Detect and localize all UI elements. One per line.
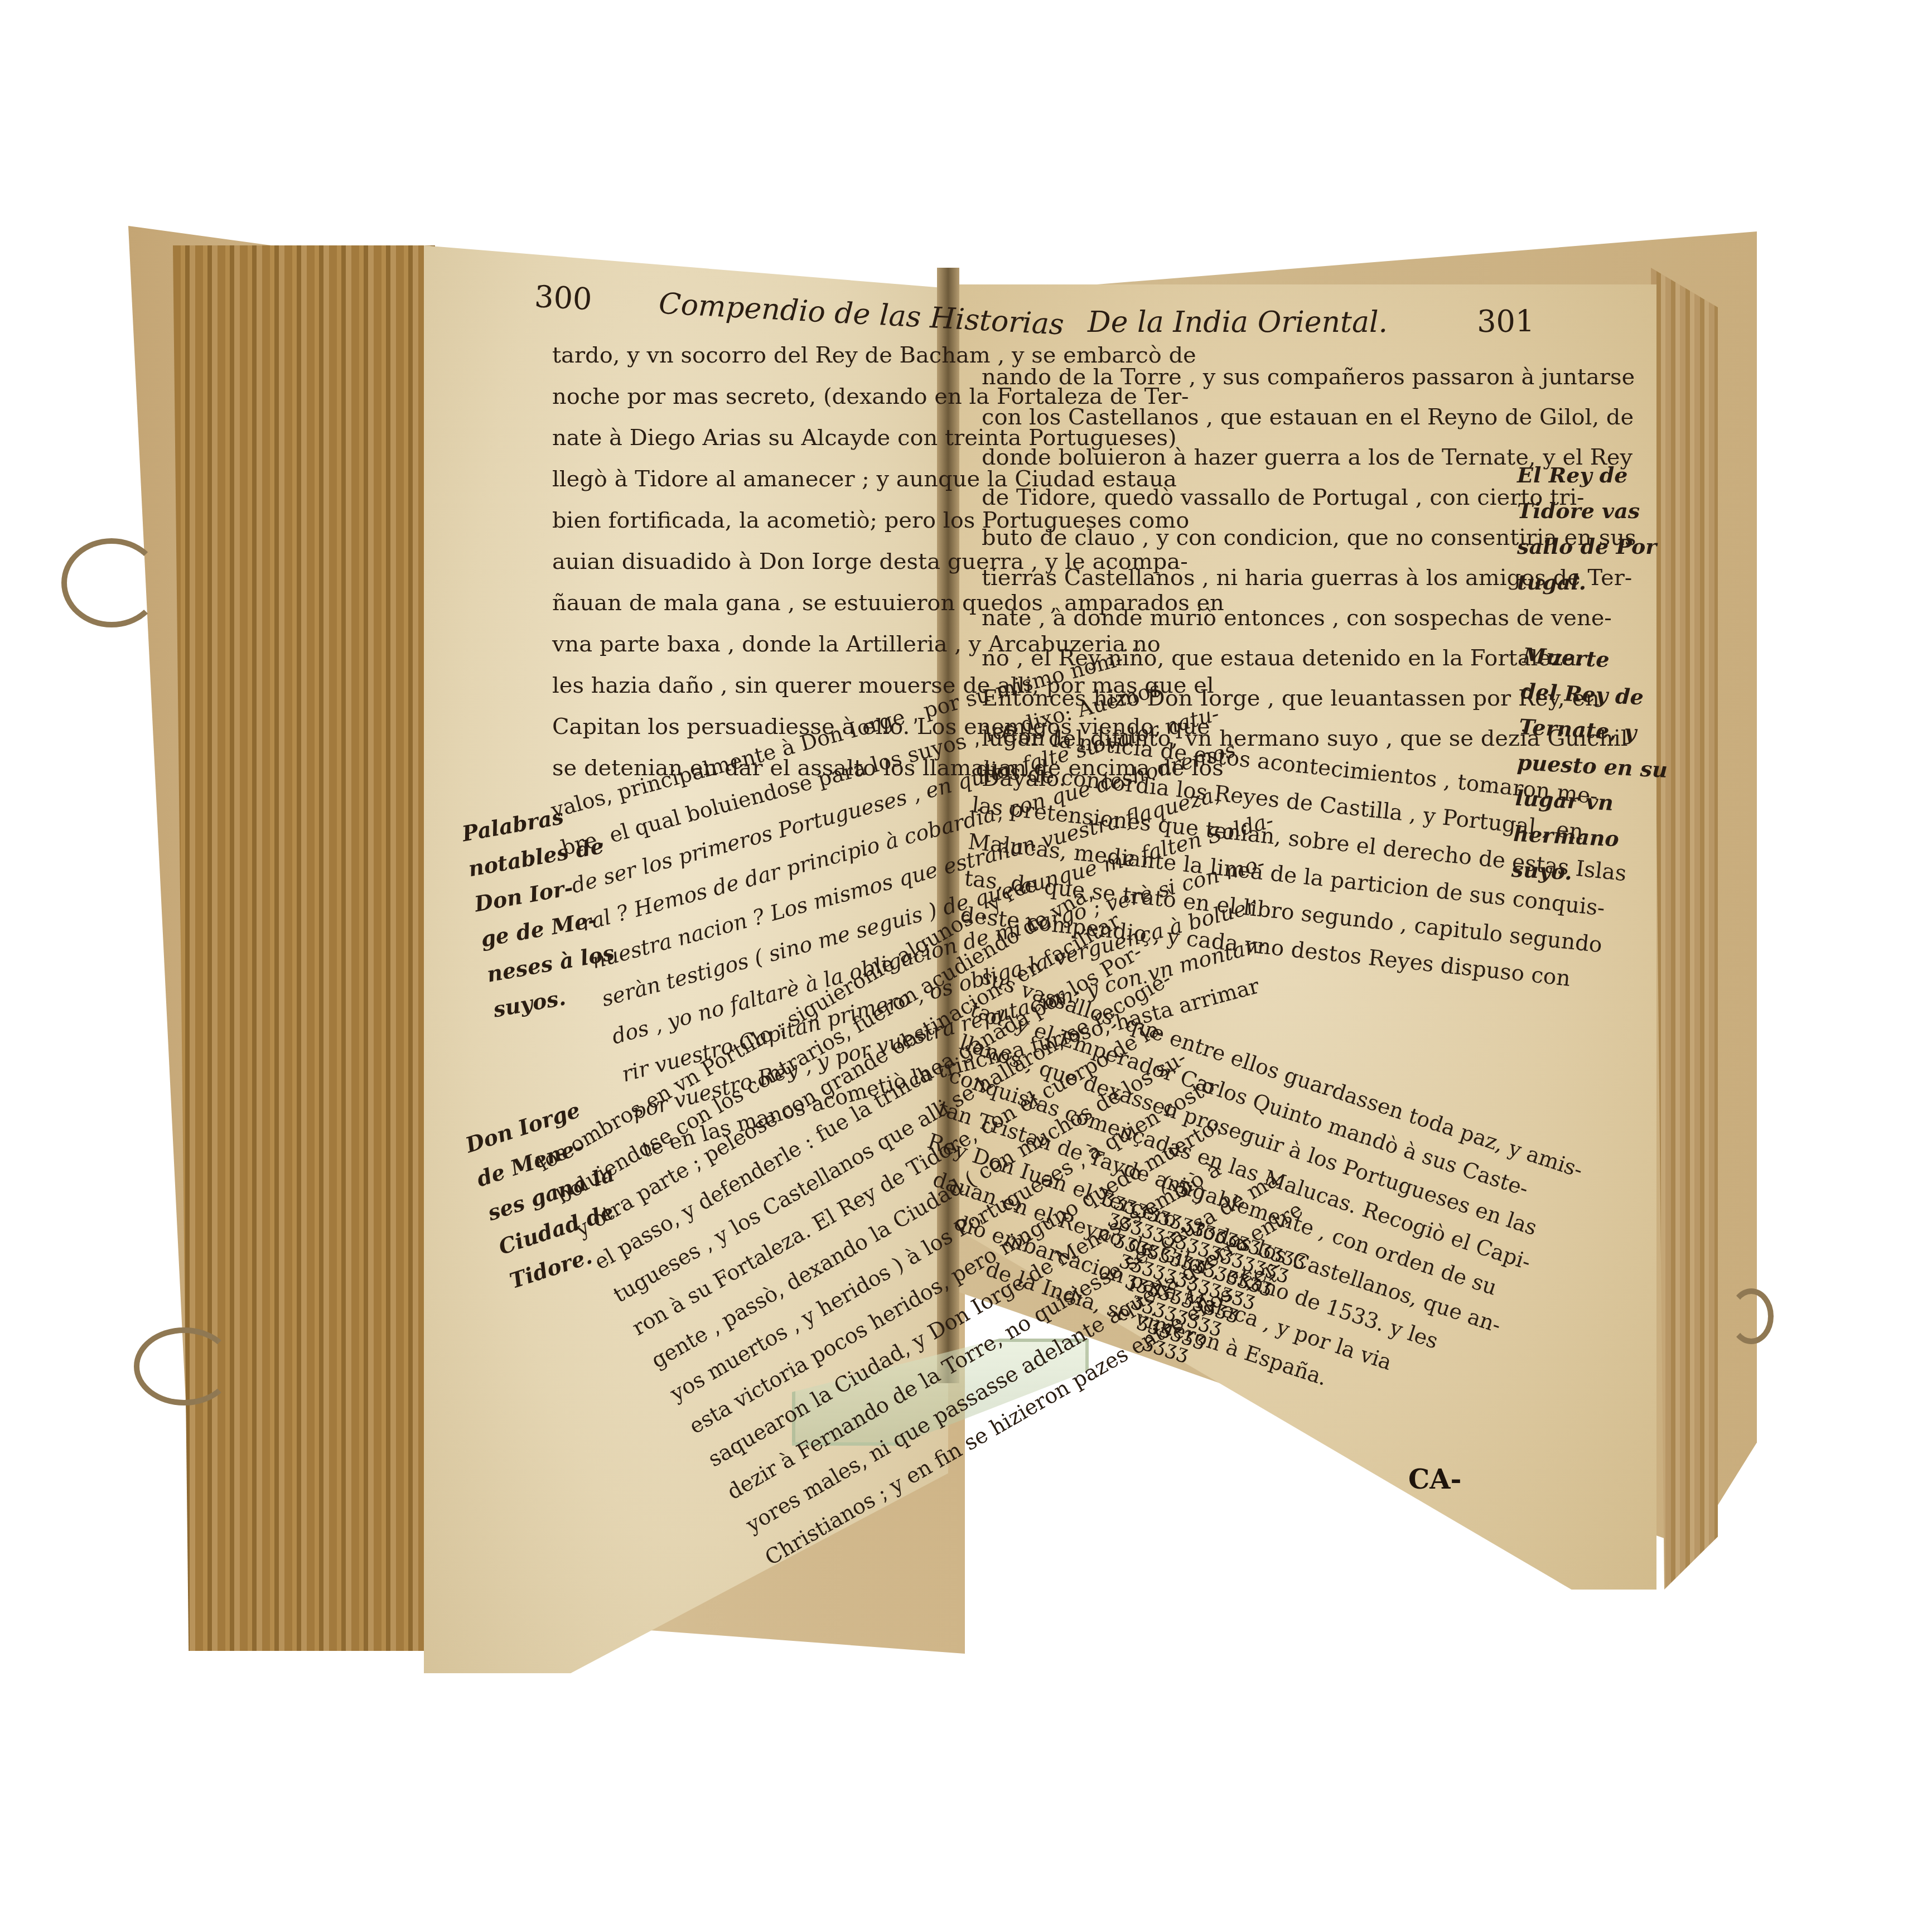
book-photo: 300 Compendio de las Historias tardo, y … bbox=[0, 0, 1932, 1932]
margin-note-right-1: El Rey de Tidore vas sallo de Por tugal. bbox=[1517, 457, 1656, 600]
tie-cord-icon bbox=[61, 538, 162, 627]
running-head-right: De la India Oriental. bbox=[1088, 306, 1388, 339]
page-number-right: 301 bbox=[1477, 304, 1534, 339]
catchword: CA- bbox=[1408, 1464, 1461, 1495]
margin-note-line: sallo de Por bbox=[1517, 529, 1656, 564]
text-line: con los Castellanos , que estauan en el … bbox=[982, 397, 1636, 437]
right-header: De la India Oriental. 301 bbox=[1088, 304, 1534, 339]
tie-cord-icon bbox=[1729, 1288, 1774, 1344]
margin-note-right-2: Muerte del Rey de Ternate, y puesto en s… bbox=[1510, 637, 1674, 895]
margin-note-line: El Rey de bbox=[1517, 457, 1656, 493]
tie-cord-icon bbox=[134, 1327, 234, 1405]
margin-note-line: tugal. bbox=[1517, 564, 1656, 600]
fore-edge-left bbox=[173, 245, 435, 1651]
text-line: nate , à donde muriò entonces , con sosp… bbox=[982, 598, 1636, 638]
page-number-left: 300 bbox=[534, 279, 593, 317]
margin-note-line: Tidore vas bbox=[1517, 493, 1656, 529]
text-line: nando de la Torre , y sus compañeros pas… bbox=[982, 357, 1636, 397]
